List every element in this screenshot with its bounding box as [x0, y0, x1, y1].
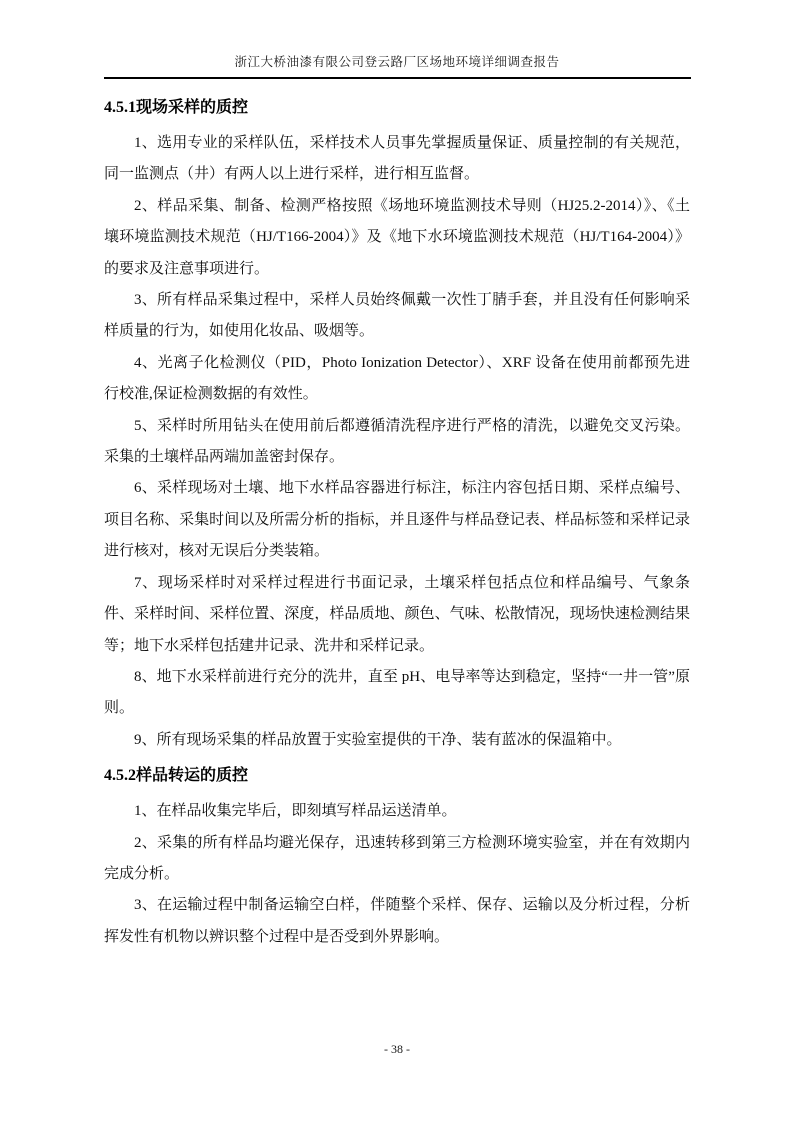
header-title: 浙江大桥油漆有限公司登云路厂区场地环境详细调查报告 — [0, 54, 794, 70]
paragraph: 3、所有样品采集过程中，采样人员始终佩戴一次性丁腈手套，并且没有任何影响采样质量… — [104, 285, 690, 348]
document-page: 浙江大桥油漆有限公司登云路厂区场地环境详细调查报告 4.5.1现场采样的质控 1… — [0, 0, 794, 1123]
paragraph: 1、选用专业的采样队伍，采样技术人员事先掌握质量保证、质量控制的有关规范，同一监… — [104, 128, 690, 191]
document-body: 4.5.1现场采样的质控 1、选用专业的采样队伍，采样技术人员事先掌握质量保证、… — [104, 96, 690, 953]
header-rule — [104, 77, 691, 79]
section-heading-452: 4.5.2样品转运的质控 — [104, 764, 690, 788]
paragraph: 3、在运输过程中制备运输空白样，伴随整个采样、保存、运输以及分析过程，分析挥发性… — [104, 890, 690, 953]
paragraph: 6、采样现场对土壤、地下水样品容器进行标注，标注内容包括日期、采样点编号、项目名… — [104, 473, 690, 567]
paragraph: 7、现场采样时对采样过程进行书面记录，土壤采样包括点位和样品编号、气象条件、采样… — [104, 568, 690, 662]
paragraph: 9、所有现场采集的样品放置于实验室提供的干净、装有蓝冰的保温箱中。 — [104, 725, 690, 756]
page-footer: - 38 - — [0, 1041, 794, 1057]
page-number: - 38 - — [384, 1042, 410, 1056]
section-heading-451: 4.5.1现场采样的质控 — [104, 96, 690, 120]
paragraph: 2、采集的所有样品均避光保存，迅速转移到第三方检测环境实验室，并在有效期内完成分… — [104, 828, 690, 891]
paragraph: 2、样品采集、制备、检测严格按照《场地环境监测技术导则（HJ25.2-2014）… — [104, 191, 690, 285]
paragraph: 5、采样时所用钻头在使用前后都遵循清洗程序进行严格的清洗，以避免交叉污染。采集的… — [104, 411, 690, 474]
paragraph: 4、光离子化检测仪（PID，Photo Ionization Detector）… — [104, 348, 690, 411]
paragraph: 8、地下水采样前进行充分的洗井，直至 pH、电导率等达到稳定，坚持“一井一管”原… — [104, 662, 690, 725]
paragraph: 1、在样品收集完毕后，即刻填写样品运送清单。 — [104, 796, 690, 827]
